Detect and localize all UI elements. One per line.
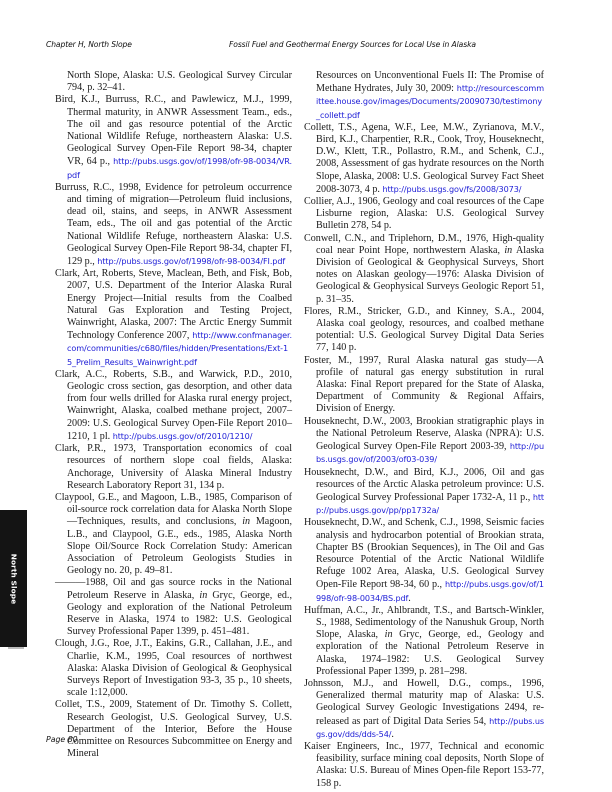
document-page: Chapter H, North Slope Fossil Fuel and G…	[0, 0, 612, 792]
reference-entry: Collet, T.S., 2009, Statement of Dr. Tim…	[55, 699, 292, 760]
reference-entry: Clark, Art, Roberts, Steve, Maclean, Bet…	[55, 268, 292, 369]
reference-entry: Bird, K.J., Burruss, R.C., and Pawlewicz…	[55, 94, 292, 181]
page-number: Page 80	[46, 735, 78, 744]
references-left-column: North Slope, Alaska: U.S. Geological Sur…	[55, 70, 292, 760]
reference-entry: Claypool, G.E., and Magoon, L.B., 1985, …	[55, 492, 292, 577]
reference-entry: Johnsson, M.J., and Howell, D.G., comps.…	[304, 678, 544, 741]
reference-entry: Clough, J.G., Roe, J.T., Eakins, G.R., C…	[55, 638, 292, 699]
reference-entry: ———1988, Oil and gas source rocks in the…	[55, 577, 292, 638]
reference-entry: Foster, M., 1997, Rural Alaska natural g…	[304, 355, 544, 416]
reference-entry: Collier, A.J., 1906, Geology and coal re…	[304, 196, 544, 233]
reference-entry: Collett, T.S., Agena, W.F., Lee, M.W., Z…	[304, 122, 544, 196]
reference-entry: Houseknecht, D.W., 2003, Brookian strati…	[304, 416, 544, 467]
reference-entry: Houseknecht, D.W., and Schenk, C.J., 199…	[304, 517, 544, 604]
reference-entry: Clark, A.C., Roberts, S.B., and Warwick,…	[55, 369, 292, 443]
reference-entry: Clark, P.R., 1973, Transportation econom…	[55, 443, 292, 492]
reference-link[interactable]: http://pubs.usgs.gov/fs/2008/3073/	[382, 184, 521, 194]
reference-entry: North Slope, Alaska: U.S. Geological Sur…	[55, 70, 292, 94]
thumb-tab-label: North Slope	[9, 553, 18, 604]
references-right-column: Resources on Unconventional Fuels II: Th…	[304, 70, 544, 790]
chapter-title: Chapter H, North Slope	[46, 40, 132, 49]
reference-entry: Kaiser Engineers, Inc., 1977, Technical …	[304, 741, 544, 790]
tab-edge-divider	[8, 647, 24, 649]
reference-entry: Conwell, C.N., and Triplehorn, D.M., 197…	[304, 233, 544, 306]
reference-entry: Burruss, R.C., 1998, Evidence for petrol…	[55, 182, 292, 268]
reference-link[interactable]: http://pubs.usgs.gov/of/1998/ofr-98-0034…	[97, 256, 285, 266]
reference-entry: Houseknecht, D.W., and Bird, K.J., 2006,…	[304, 467, 544, 518]
reference-link[interactable]: http://pubs.usgs.gov/of/2010/1210/	[113, 431, 253, 441]
reference-entry: Huffman, A.C., Jr., Ahlbrandt, T.S., and…	[304, 605, 544, 678]
reference-entry: Resources on Unconventional Fuels II: Th…	[304, 70, 544, 122]
reference-entry: Flores, R.M., Stricker, G.D., and Kinney…	[304, 306, 544, 355]
running-header: Chapter H, North Slope Fossil Fuel and G…	[0, 40, 612, 54]
report-title: Fossil Fuel and Geothermal Energy Source…	[229, 40, 476, 49]
section-thumb-tab: North Slope	[0, 510, 27, 647]
